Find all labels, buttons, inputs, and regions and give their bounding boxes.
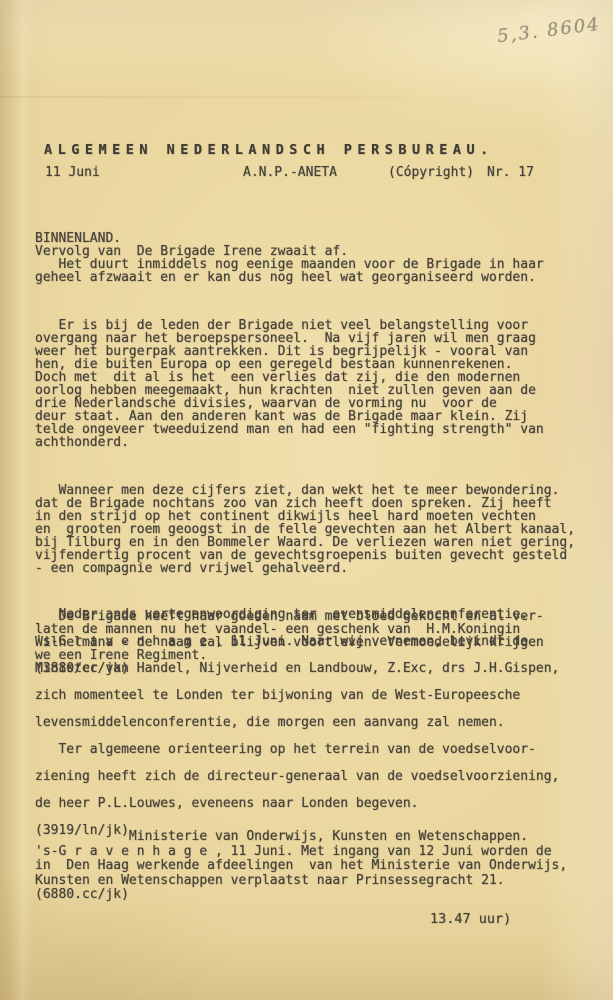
- issue-number: Nr. 17: [487, 166, 534, 179]
- press-agency-title: ALGEMEEN NEDERLANDSCH PERSBUREAU.: [44, 144, 494, 157]
- article-levensmiddelenconferentie: Neder ands vertegenwoordiging ter evensm…: [35, 601, 559, 844]
- document-page: 5,3. 8604 ALGEMEEN NEDERLANDSCH PERSBURE…: [0, 0, 613, 1000]
- pencil-note: 5,3. 8604: [496, 14, 602, 48]
- copyright-label: (Cópyright): [388, 166, 474, 179]
- issue-date: 11 Juni: [45, 166, 100, 179]
- paragraph: BINNENLAND. Vervolg van De Brigade Irene…: [35, 232, 575, 284]
- paragraph: Wanneer men deze cijfers ziet, dan wekt …: [35, 484, 575, 575]
- paper-crease: [0, 96, 613, 98]
- article-ministerie-verplaatsing: Ministerie van Onderwijs, Kunsten en Wet…: [35, 830, 567, 903]
- transmission-time: 13.47 uur): [430, 913, 511, 926]
- paragraph: Er is bij de leden der Brigade niet veel…: [35, 319, 575, 449]
- wire-service-name: A.N.P.-ANETA: [243, 166, 337, 179]
